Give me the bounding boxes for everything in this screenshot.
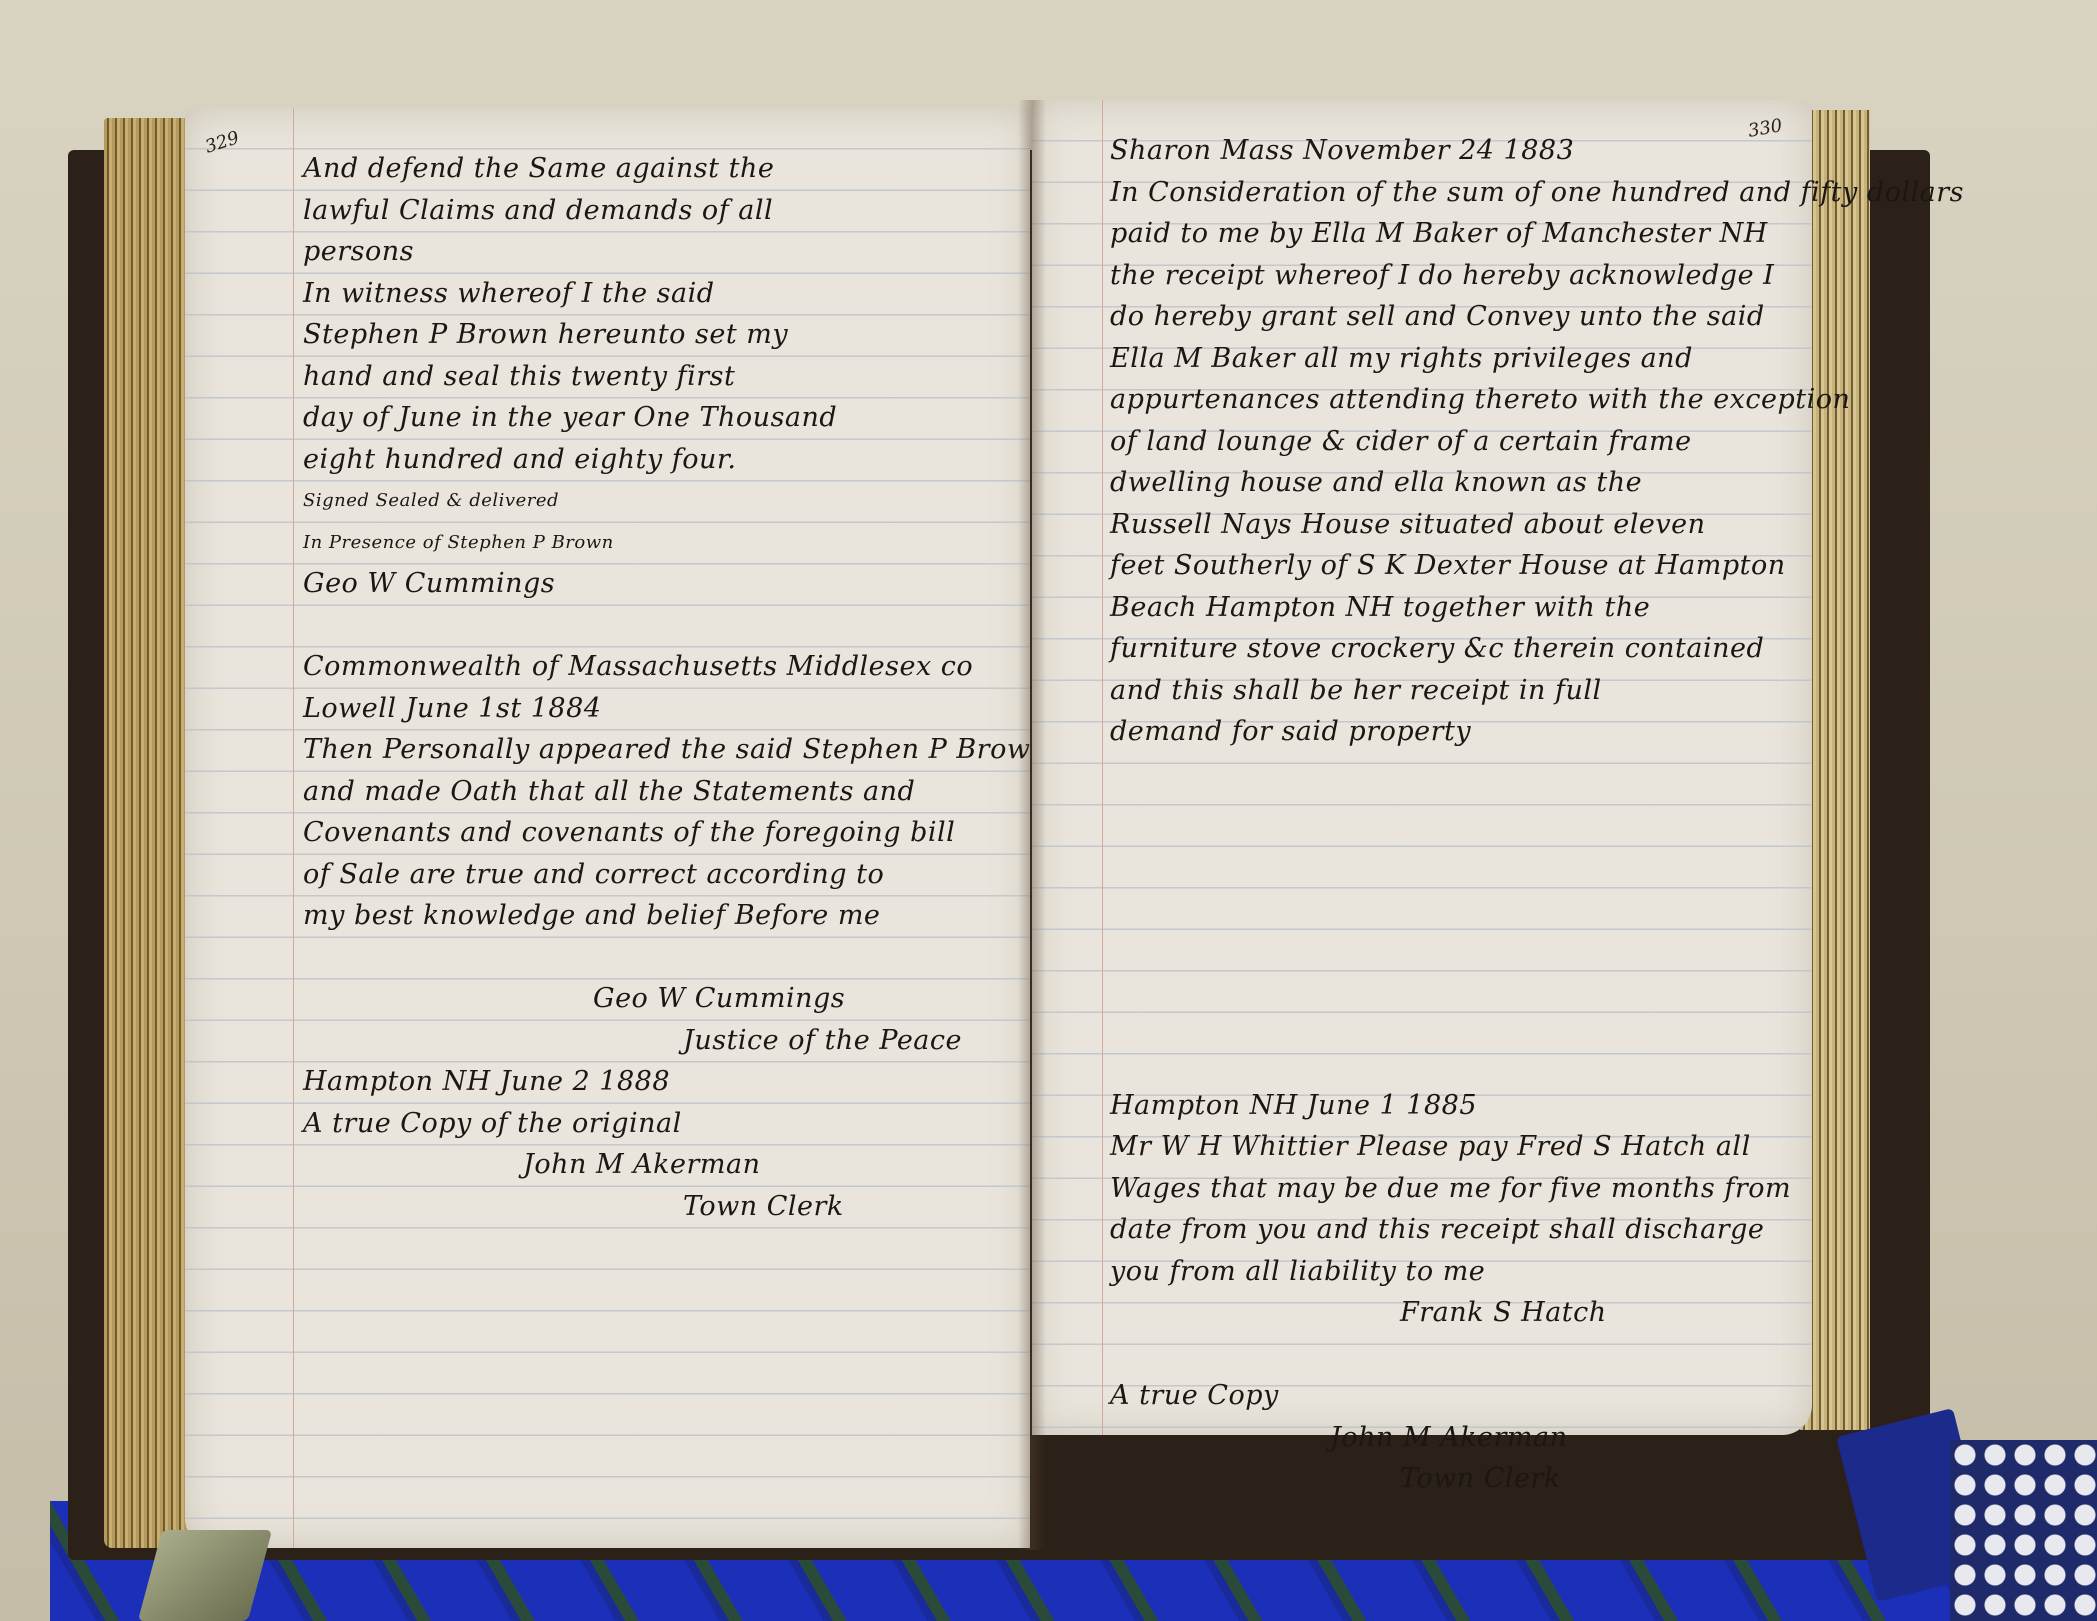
patterned-weight	[1950, 1440, 2097, 1621]
margin-line	[293, 108, 294, 1548]
handwritten-line: furniture stove crockery &c therein cont…	[1110, 628, 1964, 670]
blank-line	[1110, 877, 1964, 919]
handwritten-line: John M Akerman	[303, 1144, 1048, 1186]
handwritten-line: Signed Sealed & delivered	[303, 480, 1048, 522]
handwritten-line: date from you and this receipt shall dis…	[1110, 1209, 1964, 1251]
handwritten-line: you from all liability to me	[1110, 1251, 1964, 1293]
handwritten-line: Russell Nays House situated about eleven	[1110, 504, 1964, 546]
handwritten-line: In Presence of Stephen P Brown	[303, 522, 1048, 564]
handwritten-line: In Consideration of the sum of one hundr…	[1110, 172, 1964, 214]
blank-line	[1110, 1002, 1964, 1044]
book-gutter	[1018, 100, 1046, 1550]
handwritten-line: do hereby grant sell and Convey unto the…	[1110, 296, 1964, 338]
handwritten-line: the receipt whereof I do hereby acknowle…	[1110, 255, 1964, 297]
handwritten-line: of land lounge & cider of a certain fram…	[1110, 421, 1964, 463]
blank-line	[303, 605, 1048, 647]
handwritten-line: and this shall be her receipt in full	[1110, 670, 1964, 712]
handwritten-line: Lowell June 1st 1884	[303, 688, 1048, 730]
blank-line	[1110, 1334, 1964, 1376]
handwritten-line: Sharon Mass November 24 1883	[1110, 130, 1964, 172]
handwritten-line: Town Clerk	[1110, 1458, 1964, 1500]
page-edges-left	[104, 118, 194, 1548]
handwritten-line: hand and seal this twenty first	[303, 356, 1048, 398]
handwritten-line: Geo W Cummings	[303, 563, 1048, 605]
handwritten-line: Geo W Cummings	[303, 978, 1048, 1020]
blank-line	[1110, 960, 1964, 1002]
blank-line	[1110, 794, 1964, 836]
handwritten-text-block: Sharon Mass November 24 1883In Considera…	[1110, 130, 1964, 1500]
handwritten-line: Covenants and covenants of the foregoing…	[303, 812, 1048, 854]
handwritten-line: Wages that may be due me for five months…	[1110, 1168, 1964, 1210]
handwritten-line: day of June in the year One Thousand	[303, 397, 1048, 439]
handwritten-line: lawful Claims and demands of all	[303, 190, 1048, 232]
blank-line	[303, 937, 1048, 979]
handwritten-text-block: And defend the Same against thelawful Cl…	[303, 148, 1048, 1227]
handwritten-line: feet Southerly of S K Dexter House at Ha…	[1110, 545, 1964, 587]
handwritten-line: Town Clerk	[303, 1186, 1048, 1228]
handwritten-line: And defend the Same against the	[303, 148, 1048, 190]
handwritten-line: Stephen P Brown hereunto set my	[303, 314, 1048, 356]
handwritten-line: Justice of the Peace	[303, 1020, 1048, 1062]
handwritten-line: Hampton NH June 2 1888	[303, 1061, 1048, 1103]
margin-line	[1102, 100, 1103, 1435]
blank-line	[1110, 1043, 1964, 1085]
handwritten-line: and made Oath that all the Statements an…	[303, 771, 1048, 813]
handwritten-line: paid to me by Ella M Baker of Manchester…	[1110, 213, 1964, 255]
handwritten-line: of Sale are true and correct according t…	[303, 854, 1048, 896]
right-page: 330 Sharon Mass November 24 1883In Consi…	[1032, 100, 1812, 1435]
handwritten-line: Hampton NH June 1 1885	[1110, 1085, 1964, 1127]
handwritten-line: Ella M Baker all my rights privileges an…	[1110, 338, 1964, 380]
handwritten-line: A true Copy of the original	[303, 1103, 1048, 1145]
blank-line	[1110, 753, 1964, 795]
handwritten-line: appurtenances attending thereto with the…	[1110, 379, 1964, 421]
handwritten-line: demand for said property	[1110, 711, 1964, 753]
handwritten-line: Beach Hampton NH together with the	[1110, 587, 1964, 629]
handwritten-line: Frank S Hatch	[1110, 1292, 1964, 1334]
handwritten-line: Mr W H Whittier Please pay Fred S Hatch …	[1110, 1126, 1964, 1168]
blank-line	[1110, 919, 1964, 961]
handwritten-line: persons	[303, 231, 1048, 273]
handwritten-line: A true Copy	[1110, 1375, 1964, 1417]
left-page: 329 And defend the Same against thelawfu…	[185, 108, 1030, 1548]
handwritten-line: Commonwealth of Massachusetts Middlesex …	[303, 646, 1048, 688]
handwritten-line: Then Personally appeared the said Stephe…	[303, 729, 1048, 771]
handwritten-line: John M Akerman	[1110, 1417, 1964, 1459]
blank-line	[1110, 836, 1964, 878]
handwritten-line: dwelling house and ella known as the	[1110, 462, 1964, 504]
handwritten-line: eight hundred and eighty four.	[303, 439, 1048, 481]
handwritten-line: In witness whereof I the said	[303, 273, 1048, 315]
handwritten-line: my best knowledge and belief Before me	[303, 895, 1048, 937]
